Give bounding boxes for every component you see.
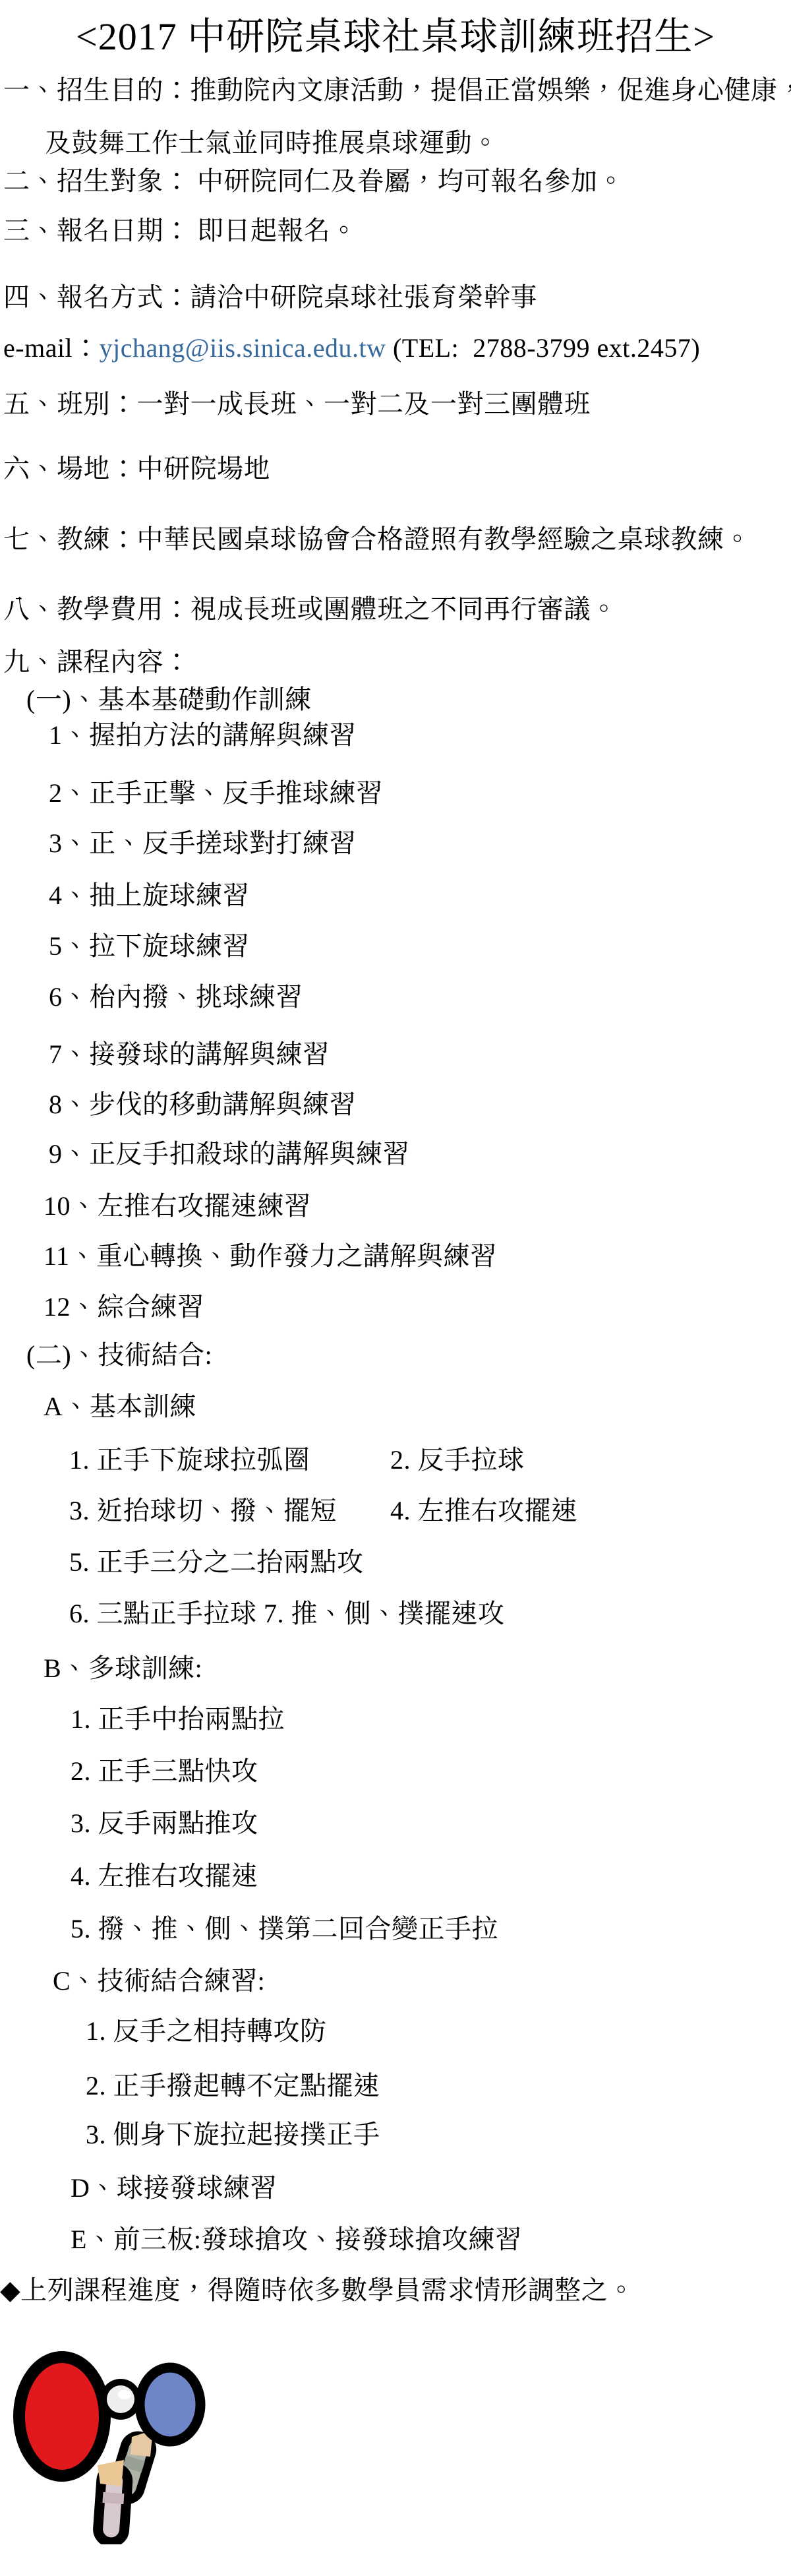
- course-item: 9、正反手扣殺球的講解與練習: [49, 1139, 409, 1169]
- course-item: 4. 左推右攻擺速: [71, 1861, 258, 1891]
- course-item: 3. 反手兩點推攻: [71, 1808, 258, 1839]
- footer-note: ◆上列課程進度，得隨時依多數學員需求情形調整之。: [0, 2275, 635, 2306]
- ping-pong-ball: [107, 2385, 134, 2413]
- course-item: 2. 正手撥起轉不定點擺速: [86, 2071, 380, 2101]
- course-item: 1. 反手之相持轉攻防: [86, 2016, 327, 2046]
- course-item: 1. 正手下旋球拉弧圈 2. 反手拉球: [69, 1445, 525, 1475]
- subsection-a-heading: A、基本訓練: [44, 1392, 196, 1422]
- course-item: 3. 側身下旋拉起接撲正手: [86, 2120, 380, 2150]
- course-item: 6. 三點正手拉球 7. 推、側、撲擺速攻: [69, 1599, 505, 1629]
- item-1-purpose: 一、招生目的：推動院內文康活動，提倡正當娛樂，促進身心健康，: [3, 75, 791, 106]
- subsection-d-heading: D、球接發球練習: [71, 2173, 277, 2203]
- course-item: 5、拉下旋球練習: [49, 931, 249, 962]
- course-item: 12、綜合練習: [44, 1292, 204, 1322]
- page-title: <2017 中研院桌球社桌球訓練班招生>: [0, 5, 791, 61]
- item-8-fee: 八、教學費用：視成長班或團體班之不同再行審議。: [3, 594, 618, 625]
- course-item: 1、握拍方法的講解與練習: [49, 720, 356, 751]
- course-item: 6、枱內撥、挑球練習: [49, 982, 303, 1012]
- course-item: 7、接發球的講解與練習: [49, 1039, 330, 1070]
- subsection-c-heading: C、技術結合練習:: [53, 1966, 265, 1996]
- course-item: 3. 近抬球切、撥、擺短 4. 左推右攻擺速: [69, 1496, 578, 1526]
- item-5-classes: 五、班別：一對一成長班、一對二及一對三團體班: [3, 389, 591, 419]
- email-line: e-mail：yjchang@iis.sinica.edu.tw (TEL: 2…: [3, 333, 700, 363]
- item-7-coach: 七、教練：中華民國桌球協會合格證照有教學經驗之桌球教練。: [3, 524, 751, 555]
- course-item: 3、正、反手搓球對打練習: [49, 828, 356, 859]
- subsection-e-heading: E、前三板:發球搶攻、接發球搶攻練習: [71, 2224, 522, 2255]
- subsection-b-heading: B、多球訓練:: [44, 1653, 202, 1684]
- item-2-target: 二、招生對象： 中研院同仁及眷屬，均可報名參加。: [3, 166, 624, 197]
- ping-pong-paddles-illustration: [4, 2336, 212, 2544]
- course-item: 10、左推右攻擺速練習: [44, 1191, 311, 1221]
- course-item: 2. 正手三點快攻: [71, 1756, 258, 1787]
- phone-number: (TEL: 2788-3799 ext.2457): [386, 333, 700, 363]
- item-3-date: 三、報名日期： 即日起報名。: [3, 216, 357, 246]
- course-item: 11、重心轉換、動作發力之講解與練習: [44, 1241, 497, 1272]
- email-label: e-mail：: [3, 333, 100, 363]
- course-item: 5. 撥、推、側、撲第二回合變正手拉: [71, 1914, 498, 1944]
- email-address-link[interactable]: yjchang@iis.sinica.edu.tw: [100, 333, 386, 363]
- course-item: 2、正手正擊、反手推球練習: [49, 778, 383, 809]
- course-item: 1. 正手中抬兩點拉: [71, 1704, 285, 1734]
- course-item: 4、抽上旋球練習: [49, 880, 249, 911]
- item-9-curriculum: 九、課程內容：: [3, 647, 190, 677]
- item-1-purpose-cont: 及鼓舞工作士氣並同時推展桌球運動。: [45, 128, 499, 158]
- course-item: 8、步伐的移動講解與練習: [49, 1089, 356, 1120]
- course-item: 5. 正手三分之二抬兩點攻: [69, 1547, 364, 1578]
- item-4-method: 四、報名方式：請洽中研院桌球社張育榮幹事: [3, 282, 537, 313]
- section-1-heading: (一)、基本基礎動作訓練: [26, 685, 312, 715]
- document-page: <2017 中研院桌球社桌球訓練班招生> 一、招生目的：推動院內文康活動，提倡正…: [0, 0, 791, 2576]
- item-6-venue: 六、場地：中研院場地: [3, 454, 270, 484]
- section-2-heading: (二)、技術結合:: [26, 1340, 212, 1370]
